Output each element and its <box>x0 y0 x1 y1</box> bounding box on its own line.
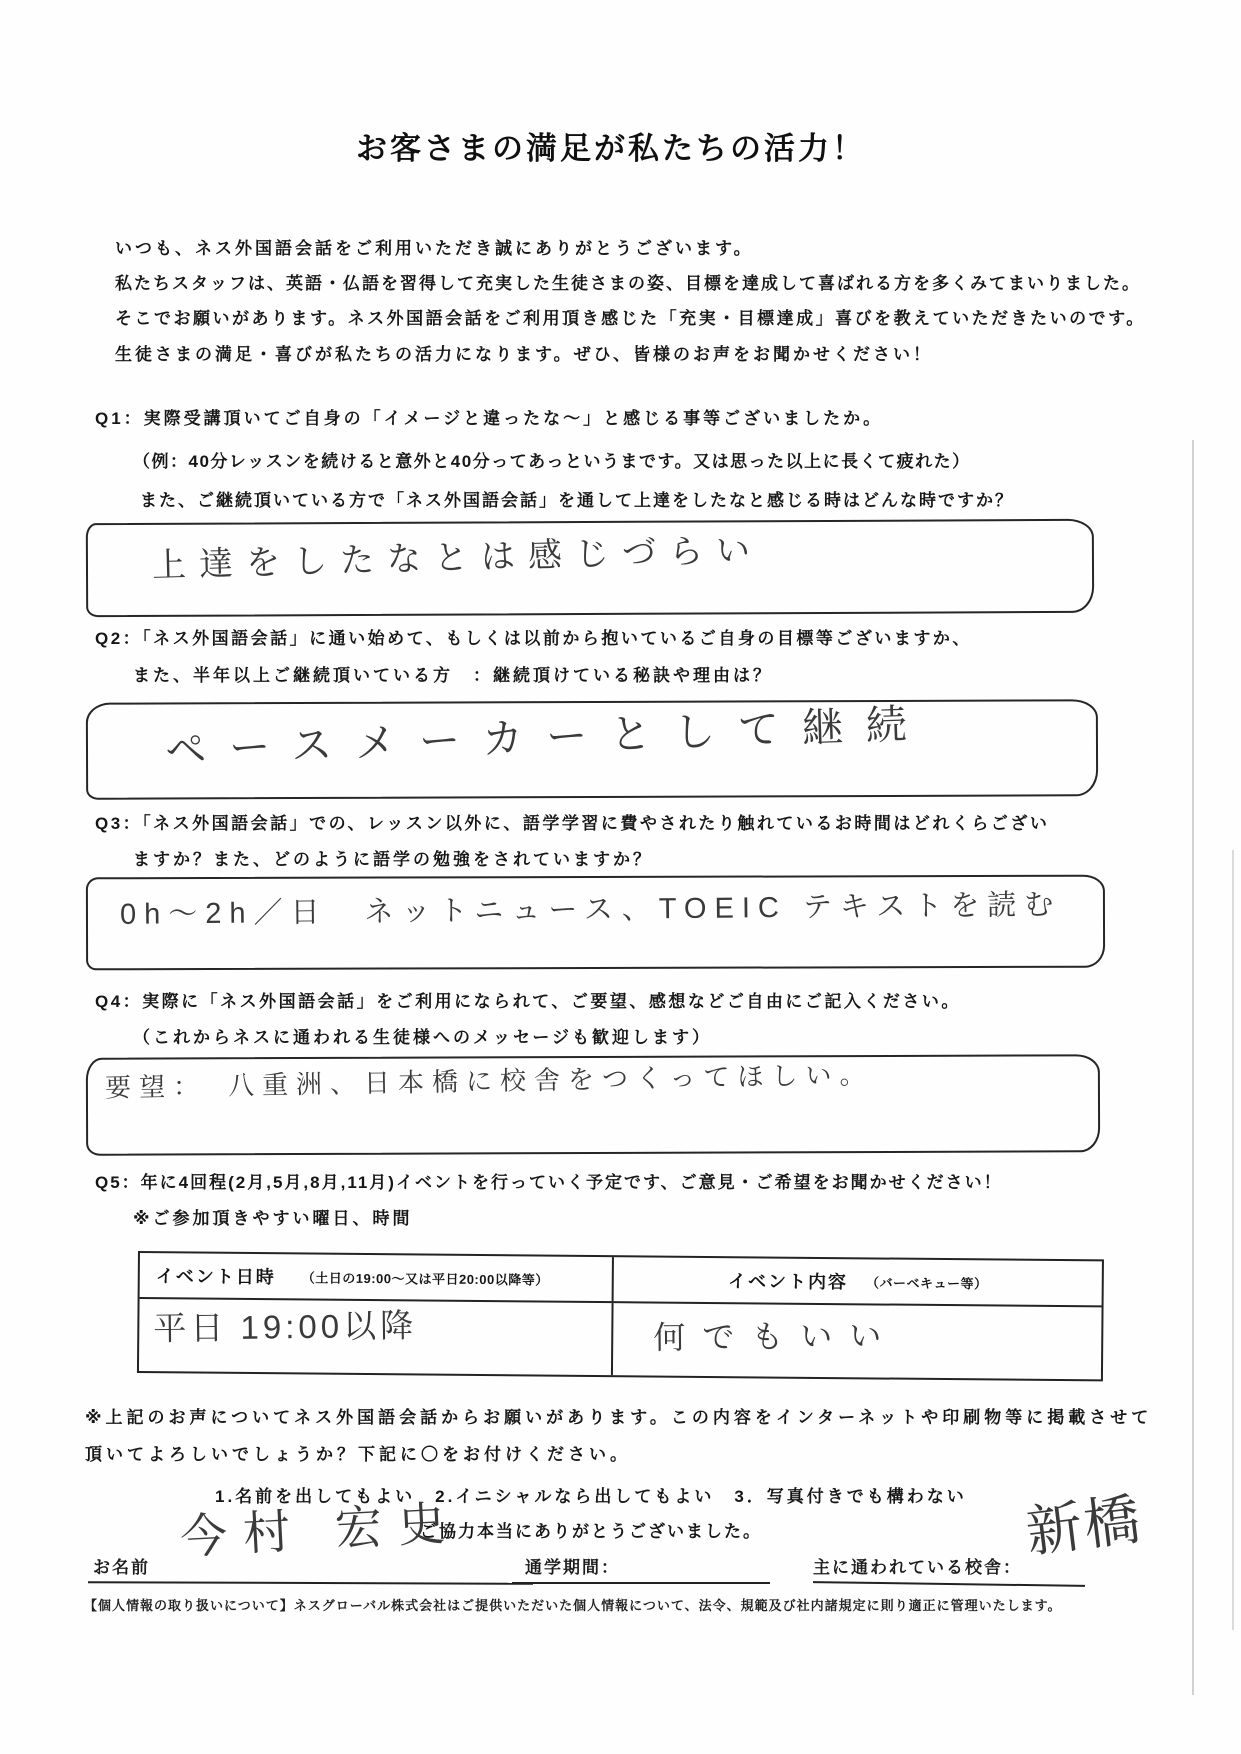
name-underline <box>88 1581 533 1585</box>
q5-question-line: Q5：年に4回程(2月,5月,8月,11月)イベントを行っていく予定です、ご意見… <box>95 1172 1003 1193</box>
scan-artifact-line <box>1232 850 1234 1630</box>
q1-followup-line: また、ご継続頂いている方で「ネス外国語会話」を通して上達をしたなと感じる時はどん… <box>140 490 1014 511</box>
handwritten-school: 新橋 <box>1023 1491 1145 1561</box>
page-title: お客さまの満足が私たちの活力！ <box>356 130 866 169</box>
school-label: 主に通われている校舎： <box>813 1557 1022 1578</box>
q4-question-line: Q4：実際に「ネス外国語会話」をご利用になられて、ご要望、感想などご自由にご記入… <box>95 991 961 1012</box>
event-content-note: （バーベキュー等） <box>866 1272 988 1292</box>
intro-line-4: 生徒さまの満足・喜びが私たちの活力になります。ぜひ、皆様のお声をお聞かせください… <box>115 344 933 365</box>
event-datetime-answer-cell: 平日 19:00以降 <box>139 1299 614 1375</box>
q1-example-line: （例：40分レッスンを続けると意外と40分ってあっというまです。又は思った以上に… <box>133 451 971 472</box>
publish-note-line-1: ※上記のお声についてネス外国語会話からお願いがあります。この内容をインターネット… <box>85 1407 1152 1428</box>
scan-artifact-line <box>1192 440 1194 1695</box>
intro-line-2: 私たちスタッフは、英語・仏語を習得して充実した生徒さまの姿、目標を達成して喜ばれ… <box>115 273 1141 294</box>
event-content-handwritten-answer: 何でもいい <box>653 1320 898 1354</box>
event-table: イベント日時 （土日の19:00～又は平日20:00以降等） イベント内容 （バ… <box>137 1251 1104 1381</box>
q4-message-line: （これからネスに通われる生徒様へのメッセージも歓迎します） <box>133 1027 712 1048</box>
event-content-header-cell: イベント内容 （バーベキュー等） <box>614 1257 1102 1307</box>
event-datetime-header: イベント日時 <box>156 1262 276 1289</box>
q2-question-line: Q2：「ネス外国語会話」に通い始めて、もしくは以前から抱いているご自身の目標等ご… <box>95 628 972 649</box>
q5-note-line: ※ご参加頂きやすい曜日、時間 <box>133 1208 413 1229</box>
thanks-note: ご協力本当にありがとうございました。 <box>420 1521 762 1542</box>
intro-line-3: そこでお願いがあります。ネス外国語会話をご利用頂き感じた「充実・目標達成」喜びを… <box>115 308 1146 329</box>
handwritten-name: 今村 宏史 <box>179 1499 462 1561</box>
q3-question-line: Q3：「ネス外国語会話」での、レッスン以外に、語学学習に費やされたり触れているお… <box>95 813 1049 834</box>
period-label: 通学期間： <box>525 1557 620 1578</box>
period-underline <box>512 1582 770 1584</box>
q3-followup-line: ますか？また、どのように語学の勉強をされていますか？ <box>133 849 653 870</box>
event-datetime-header-cell: イベント日時 （土日の19:00～又は平日20:00以降等） <box>140 1253 614 1303</box>
name-label: お名前 <box>93 1557 150 1578</box>
event-datetime-handwritten-answer: 平日 19:00以降 <box>153 1309 417 1345</box>
scanned-survey-form: お客さまの満足が私たちの活力！ いつも、ネス外国語会話をご利用いただき誠にありが… <box>0 0 1241 1754</box>
q2-followup-line: また、半年以上ご継続頂いている方 ：継続頂けている秘訣や理由は？ <box>133 665 773 686</box>
event-content-header: イベント内容 <box>728 1267 848 1294</box>
privacy-note: 【個人情報の取り扱いについて】ネスグローバル株式会社はご提供いただいた個人情報に… <box>84 1598 1062 1614</box>
intro-line-1: いつも、ネス外国語会話をご利用いただき誠にありがとうございます。 <box>115 238 754 259</box>
publish-note-line-2: 頂いてよろしいでしょうか？下記に〇をお付けください。 <box>85 1444 631 1465</box>
event-datetime-note: （土日の19:00～又は平日20:00以降等） <box>302 1267 549 1288</box>
event-content-answer-cell: 何でもいい <box>613 1303 1102 1379</box>
q1-question-line: Q1：実際受講頂いてご自身の「イメージと違ったな〜」と感じる事等ございましたか。 <box>95 408 883 429</box>
school-underline <box>813 1581 1085 1587</box>
